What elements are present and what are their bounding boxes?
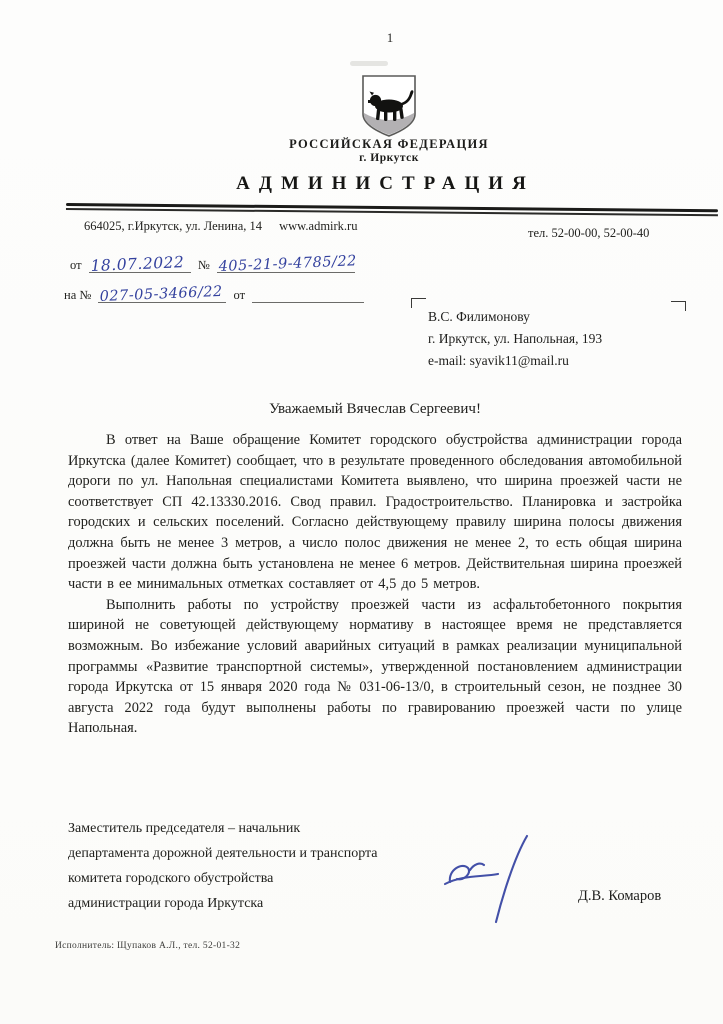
letter-body: В ответ на Ваше обращение Комитет городс… <box>68 430 682 739</box>
letterhead-country: РОССИЙСКАЯ ФЕДЕРАЦИЯ <box>56 137 722 152</box>
recipient-block: В.С. Филимонову г. Иркутск, ул. Напольна… <box>428 306 602 372</box>
signer-position-block: Заместитель председателя – начальник деп… <box>68 816 378 916</box>
recipient-address: г. Иркутск, ул. Напольная, 193 <box>428 328 602 350</box>
letterhead-city: г. Иркутск <box>56 152 722 164</box>
letterhead-address-row: 664025, г.Иркутск, ул. Ленина, 14 www.ad… <box>84 219 357 234</box>
reply-from-label: от <box>234 288 246 302</box>
recipient-corner-mark-left <box>411 298 426 308</box>
body-paragraph-2: Выполнить работы по устройству проезжей … <box>68 595 682 739</box>
page-number: 1 <box>380 30 400 46</box>
reply-date-line <box>252 289 364 303</box>
handwritten-date: 18.07.2022 <box>90 253 184 275</box>
scanned-letter-page: 1 РОССИЙСКАЯ ФЕДЕРАЦИЯ г. Иркутск АДМИНИ… <box>0 0 723 1024</box>
ref-number-line: 405-21-9-4785/22 <box>217 259 355 273</box>
signer-position-line: департамента дорожной деятельности и тра… <box>68 841 378 866</box>
reply-label: на № <box>64 288 91 302</box>
letterhead-divider <box>66 203 718 216</box>
reply-number-line: 027-05-3466/22 <box>98 289 226 303</box>
scan-smudge <box>350 61 388 66</box>
ref-date-line: 18.07.2022 <box>89 259 191 273</box>
salutation: Уважаемый Вячеслав Сергеевич! <box>68 401 682 418</box>
ref-from-label: от <box>70 258 82 272</box>
handwritten-number: 405-21-9-4785/22 <box>218 253 357 275</box>
letterhead-website: www.admirk.ru <box>279 219 357 233</box>
recipient-email: e-mail: syavik11@mail.ru <box>428 350 602 372</box>
outgoing-reference-row: от 18.07.2022 № 405-21-9-4785/22 <box>70 258 359 273</box>
letterhead-org-title: АДМИНИСТРАЦИЯ <box>58 173 704 195</box>
handwritten-signature-icon <box>440 830 550 930</box>
incoming-reference-row: на № 027-05-3466/22 от <box>64 288 368 303</box>
letterhead-address: 664025, г.Иркутск, ул. Ленина, 14 <box>84 219 262 233</box>
handwritten-reply-number: 027-05-3466/22 <box>100 284 224 305</box>
signer-position-line: комитета городского обустройства <box>68 866 378 891</box>
irkutsk-coat-of-arms-icon <box>360 74 418 138</box>
ref-number-label: № <box>198 258 210 272</box>
recipient-name: В.С. Филимонову <box>428 306 602 328</box>
signer-position-line: администрации города Иркутска <box>68 891 378 916</box>
body-paragraph-1: В ответ на Ваше обращение Комитет городс… <box>68 430 682 595</box>
signer-name: Д.В. Комаров <box>578 888 661 905</box>
recipient-corner-mark-right <box>671 301 686 311</box>
signer-position-line: Заместитель председателя – начальник <box>68 816 378 841</box>
letterhead-phone: тел. 52-00-00, 52-00-40 <box>528 226 649 241</box>
executor-note: Исполнитель: Щупаков А.Л., тел. 52-01-32 <box>55 941 240 951</box>
